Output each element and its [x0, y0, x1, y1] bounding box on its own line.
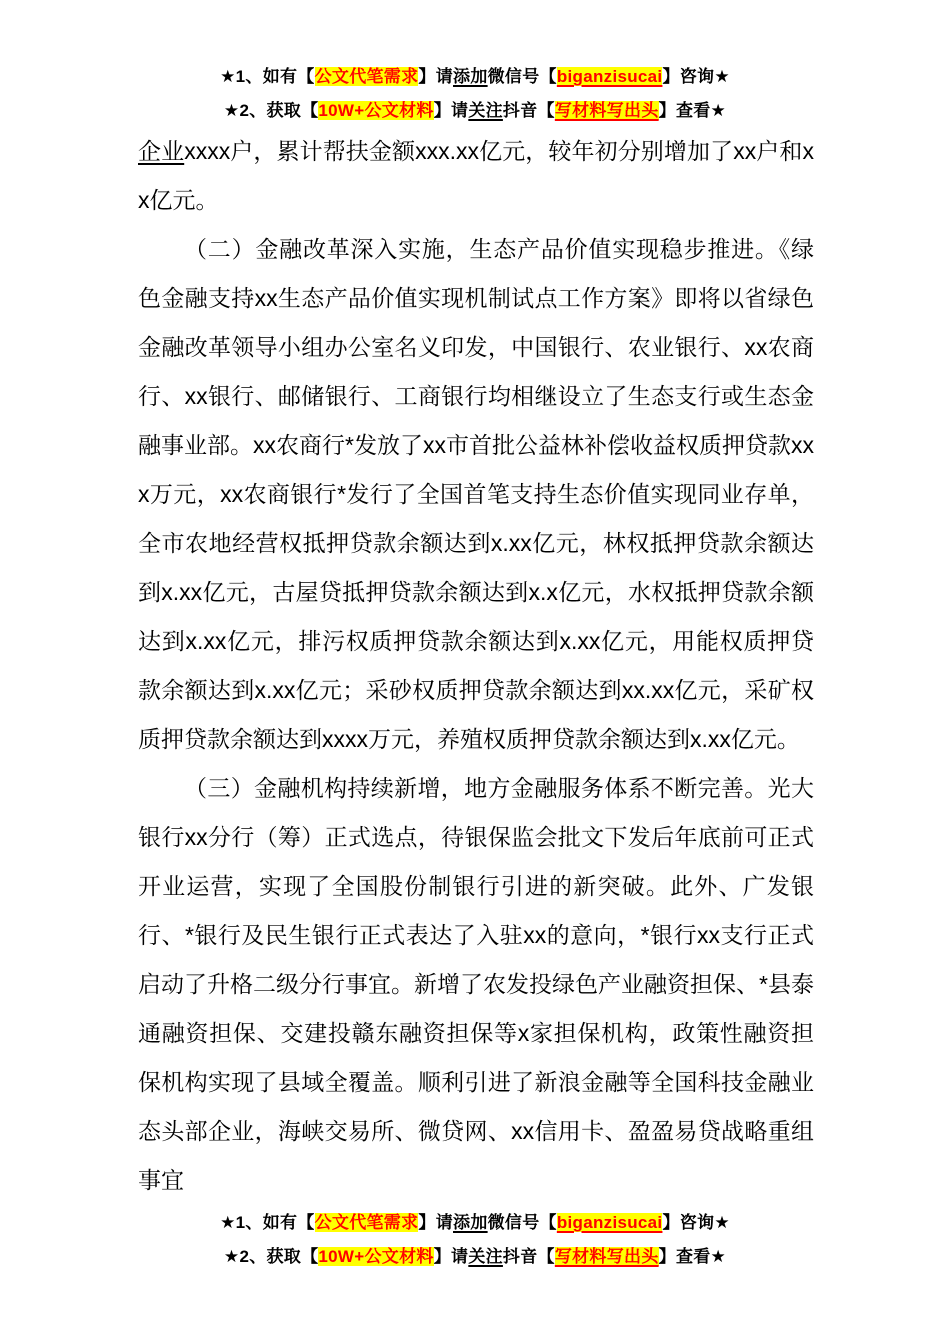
promo-line: ★2、获取【10W+公文材料】请关注抖音【写材料写出头】查看★ — [0, 94, 950, 128]
text-run: （二）金融改革深入实施，生态产品价值实现稳步推进。《绿色金融支持xx生态产品价值… — [138, 236, 814, 752]
promo-line: ★1、如有【公文代笔需求】请添加微信号【biganzisucai】咨询★ — [0, 1206, 950, 1240]
promo-line: ★1、如有【公文代笔需求】请添加微信号【biganzisucai】咨询★ — [0, 60, 950, 94]
highlighted-text: biganzisucai — [557, 67, 663, 86]
highlighted-text: 写材料写出头 — [555, 1247, 659, 1266]
paragraph: 企业xxxx户，累计帮扶金额xxx.xx亿元，较年初分别增加了xx户和xx亿元。 — [138, 127, 814, 225]
paragraph: （二）金融改革深入实施，生态产品价值实现稳步推进。《绿色金融支持xx生态产品价值… — [138, 225, 814, 764]
underlined-text: 添加 — [453, 67, 488, 86]
text-run: 】咨询★ — [662, 1213, 729, 1232]
promo-line: ★2、获取【10W+公文材料】请关注抖音【写材料写出头】查看★ — [0, 1240, 950, 1274]
text-run: ★1、如有【 — [220, 67, 315, 86]
underlined-text: 关注 — [468, 101, 503, 120]
highlighted-text: 公文代笔需求 — [315, 1213, 419, 1232]
highlighted-text: 公文代笔需求 — [315, 67, 419, 86]
header-promo-banner: ★1、如有【公文代笔需求】请添加微信号【biganzisucai】咨询★★2、获… — [0, 60, 950, 128]
underlined-text: 企业 — [138, 138, 184, 164]
highlighted-text: 10W+公文材料 — [318, 1247, 433, 1266]
text-run: 】查看★ — [659, 1247, 726, 1266]
text-run: 抖音【 — [503, 1247, 555, 1266]
highlighted-text: biganzisucai — [557, 1213, 663, 1232]
text-run: xxxx户，累计帮扶金额xxx.xx亿元，较年初分别增加了xx户和xx亿元。 — [138, 138, 814, 213]
text-run: ★1、如有【 — [220, 1213, 315, 1232]
text-run: 】请 — [418, 67, 453, 86]
highlighted-text: 写材料写出头 — [555, 101, 659, 120]
underlined-text: 添加 — [453, 1213, 488, 1232]
highlighted-text: 10W+公文材料 — [318, 101, 433, 120]
text-run: 】请 — [418, 1213, 453, 1232]
text-run: 】请 — [434, 1247, 469, 1266]
text-run: 】查看★ — [659, 101, 726, 120]
text-run: （三）金融机构持续新增，地方金融服务体系不断完善。光大银行xx分行（筹）正式选点… — [138, 775, 814, 1193]
text-run: ★2、获取【 — [224, 1247, 319, 1266]
footer-promo-banner: ★1、如有【公文代笔需求】请添加微信号【biganzisucai】咨询★★2、获… — [0, 1206, 950, 1274]
document-body: 企业xxxx户，累计帮扶金额xxx.xx亿元，较年初分别增加了xx户和xx亿元。… — [138, 127, 814, 1205]
text-run: ★2、获取【 — [224, 101, 319, 120]
text-run: 微信号【 — [488, 1213, 557, 1232]
paragraph: （三）金融机构持续新增，地方金融服务体系不断完善。光大银行xx分行（筹）正式选点… — [138, 764, 814, 1205]
text-run: 抖音【 — [503, 101, 555, 120]
document-page: ★1、如有【公文代笔需求】请添加微信号【biganzisucai】咨询★★2、获… — [0, 0, 950, 1344]
underlined-text: 关注 — [468, 1247, 503, 1266]
text-run: 微信号【 — [488, 67, 557, 86]
text-run: 】请 — [434, 101, 469, 120]
text-run: 】咨询★ — [662, 67, 729, 86]
